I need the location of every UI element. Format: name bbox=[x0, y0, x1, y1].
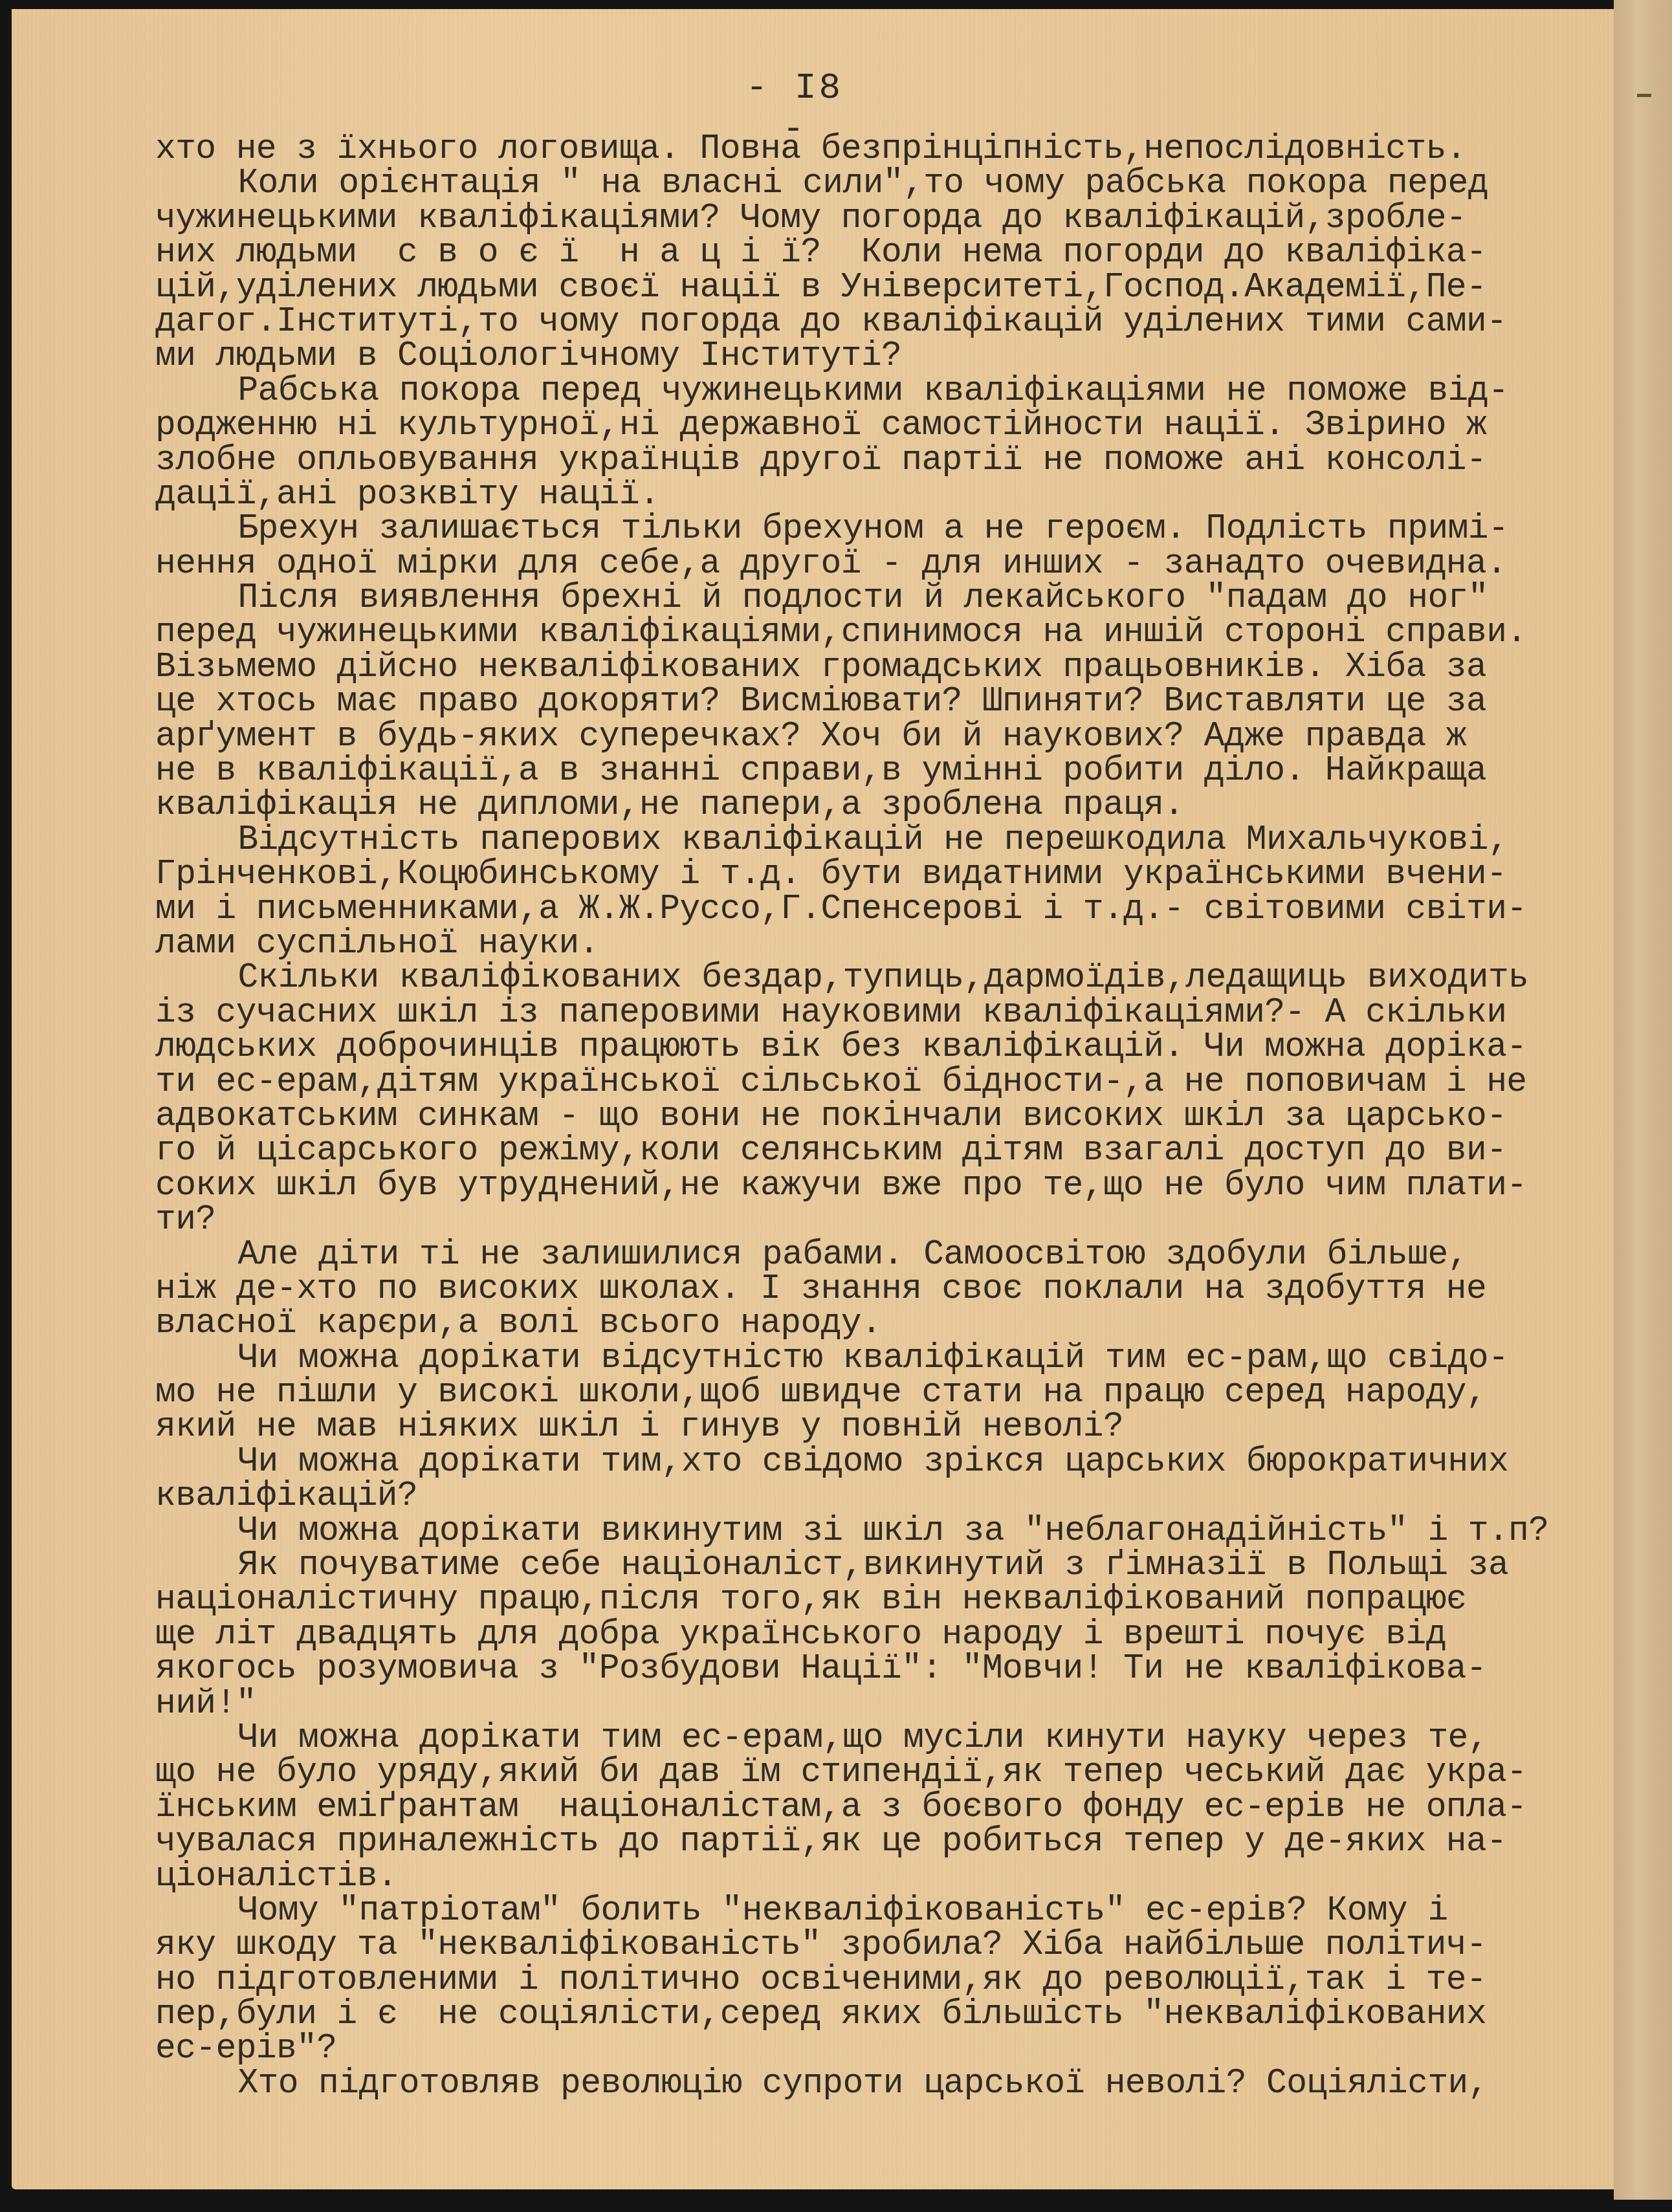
text-line: соких шкіл був утруднений,не кажучи вже … bbox=[155, 1168, 1519, 1203]
paragraph-first-line: Після виявлення брехні й подлости й лека… bbox=[155, 581, 1519, 615]
text-line: арґумент в будь-яких суперечках? Хоч би … bbox=[155, 719, 1519, 754]
text-line: ес-ерів"? bbox=[155, 2031, 1519, 2066]
paragraph-first-line: Чи можна дорікати тим,хто свідомо зрікся… bbox=[155, 1445, 1519, 1479]
text-line: який не мав ніяких шкіл і гинув у повній… bbox=[155, 1410, 1519, 1444]
text-line: пер,були і є не соціялісти,серед яких бі… bbox=[155, 1997, 1519, 2031]
text-line: Візьмемо дійсно некваліфікованих громадс… bbox=[155, 650, 1519, 684]
text-line: що не було уряду,який би дав їм стипенді… bbox=[155, 1755, 1519, 1790]
paragraph-first-line: Хто підготовляв революцію супроти царськ… bbox=[155, 2066, 1519, 2101]
text-line: їнським еміґрантам націоналістам,а з боє… bbox=[155, 1790, 1519, 1824]
paragraph-first-line: Коли орієнтація " на власні сили",то чом… bbox=[155, 166, 1519, 201]
text-line: чужинецькими кваліфікаціями? Чому погорд… bbox=[155, 201, 1519, 235]
typewritten-text-body: хто не з їхнього логовища. Повна безпрін… bbox=[155, 132, 1546, 2101]
paragraph-first-line: Рабська покора перед чужинецькими кваліф… bbox=[155, 374, 1519, 408]
text-line: це хтось має право докоряти? Висміювати?… bbox=[155, 684, 1519, 719]
text-line: цій,уділених людьми своєї нації в Універ… bbox=[155, 270, 1519, 305]
text-line: адвокатським синкам - що вони не покінча… bbox=[155, 1099, 1519, 1133]
text-line: ще літ двадцять для добра українського н… bbox=[155, 1617, 1519, 1652]
text-line: го й цісарського режіму,коли селянським … bbox=[155, 1133, 1519, 1168]
paragraph-first-line: Чи можна дорікати відсутністю кваліфікац… bbox=[155, 1341, 1519, 1375]
text-line: мо не пішли у високі школи,щоб швидче ст… bbox=[155, 1375, 1519, 1410]
text-line: націоналістичну працю,після того,як він … bbox=[155, 1582, 1519, 1617]
text-line: дації,ані розквіту нації. bbox=[155, 477, 1519, 512]
text-line: ти ес-ерам,дітям української сільської б… bbox=[155, 1065, 1519, 1099]
text-line: нення одної мірки для себе,а другої - дл… bbox=[155, 547, 1519, 581]
text-line: лами суспільної науки. bbox=[155, 926, 1519, 961]
paragraph-first-line: Брехун залишається тільки брехуном а не … bbox=[155, 512, 1519, 546]
text-line: якогось розумовича з "Розбудови Нації": … bbox=[155, 1652, 1519, 1686]
text-line: людських доброчинців працюють вік без кв… bbox=[155, 1030, 1519, 1064]
text-line: чувалася приналежність до партії,як це р… bbox=[155, 1824, 1519, 1859]
text-line: не в кваліфікації,а в знанні справи,в ум… bbox=[155, 754, 1519, 788]
text-line: кваліфікацій? bbox=[155, 1479, 1519, 1513]
text-line: ний!" bbox=[155, 1687, 1519, 1721]
paragraph-first-line: Чи можна дорікати тим ес-ерам,що мусіли … bbox=[155, 1721, 1519, 1755]
page-edge-strip bbox=[1614, 0, 1672, 2200]
edge-ink-mark bbox=[1637, 94, 1651, 97]
text-line: кваліфікація не дипломи,не папери,а зроб… bbox=[155, 788, 1519, 822]
text-line: яку шкоду та "некваліфікованість" зробил… bbox=[155, 1928, 1519, 1962]
text-line: хто не з їхнього логовища. Повна безпрін… bbox=[155, 132, 1519, 166]
text-line: власної карєри,а волі всього народу. bbox=[155, 1306, 1519, 1341]
text-line: ти? bbox=[155, 1203, 1519, 1237]
text-line: но підготовленими і політично освіченими… bbox=[155, 1963, 1519, 1997]
text-line: ми і письменниками,а Ж.Ж.Руссо,Г.Спенсер… bbox=[155, 892, 1519, 926]
text-line: дагог.Інституті,то чому погорда до квалі… bbox=[155, 305, 1519, 339]
paragraph-first-line: Чому "патріотам" болить "некваліфіковані… bbox=[155, 1894, 1519, 1928]
paragraph-first-line: Але діти ті не залишилися рабами. Самоос… bbox=[155, 1238, 1519, 1272]
text-line: них людьми с в о є ї н а ц і ї? Коли нем… bbox=[155, 235, 1519, 270]
text-line: родженню ні культурної,ні державної само… bbox=[155, 408, 1519, 443]
text-line: Грінченкові,Коцюбинському і т.д. бути ви… bbox=[155, 857, 1519, 892]
paragraph-first-line: Чи можна дорікати викинутим зі шкіл за "… bbox=[155, 1514, 1519, 1548]
text-line: ціоналістів. bbox=[155, 1859, 1519, 1894]
paragraph-first-line: Відсутність паперових кваліфікацій не пе… bbox=[155, 823, 1519, 857]
text-line: злобне опльовування українців другої пар… bbox=[155, 443, 1519, 477]
text-line: із сучасних шкіл із паперовими науковими… bbox=[155, 996, 1519, 1030]
text-line: перед чужинецькими кваліфікаціями,спиним… bbox=[155, 615, 1519, 650]
document-page: - I8 - хто не з їхнього логовища. Повна … bbox=[12, 9, 1614, 2189]
text-line: ми людьми в Соціологічному Інституті? bbox=[155, 339, 1519, 373]
text-line: ніж де-хто по високих школах. І знання с… bbox=[155, 1272, 1519, 1306]
paragraph-first-line: Скільки кваліфікованих бездар,тупиць,дар… bbox=[155, 961, 1519, 995]
paragraph-first-line: Як почуватиме себе націоналіст,викинутий… bbox=[155, 1548, 1519, 1582]
